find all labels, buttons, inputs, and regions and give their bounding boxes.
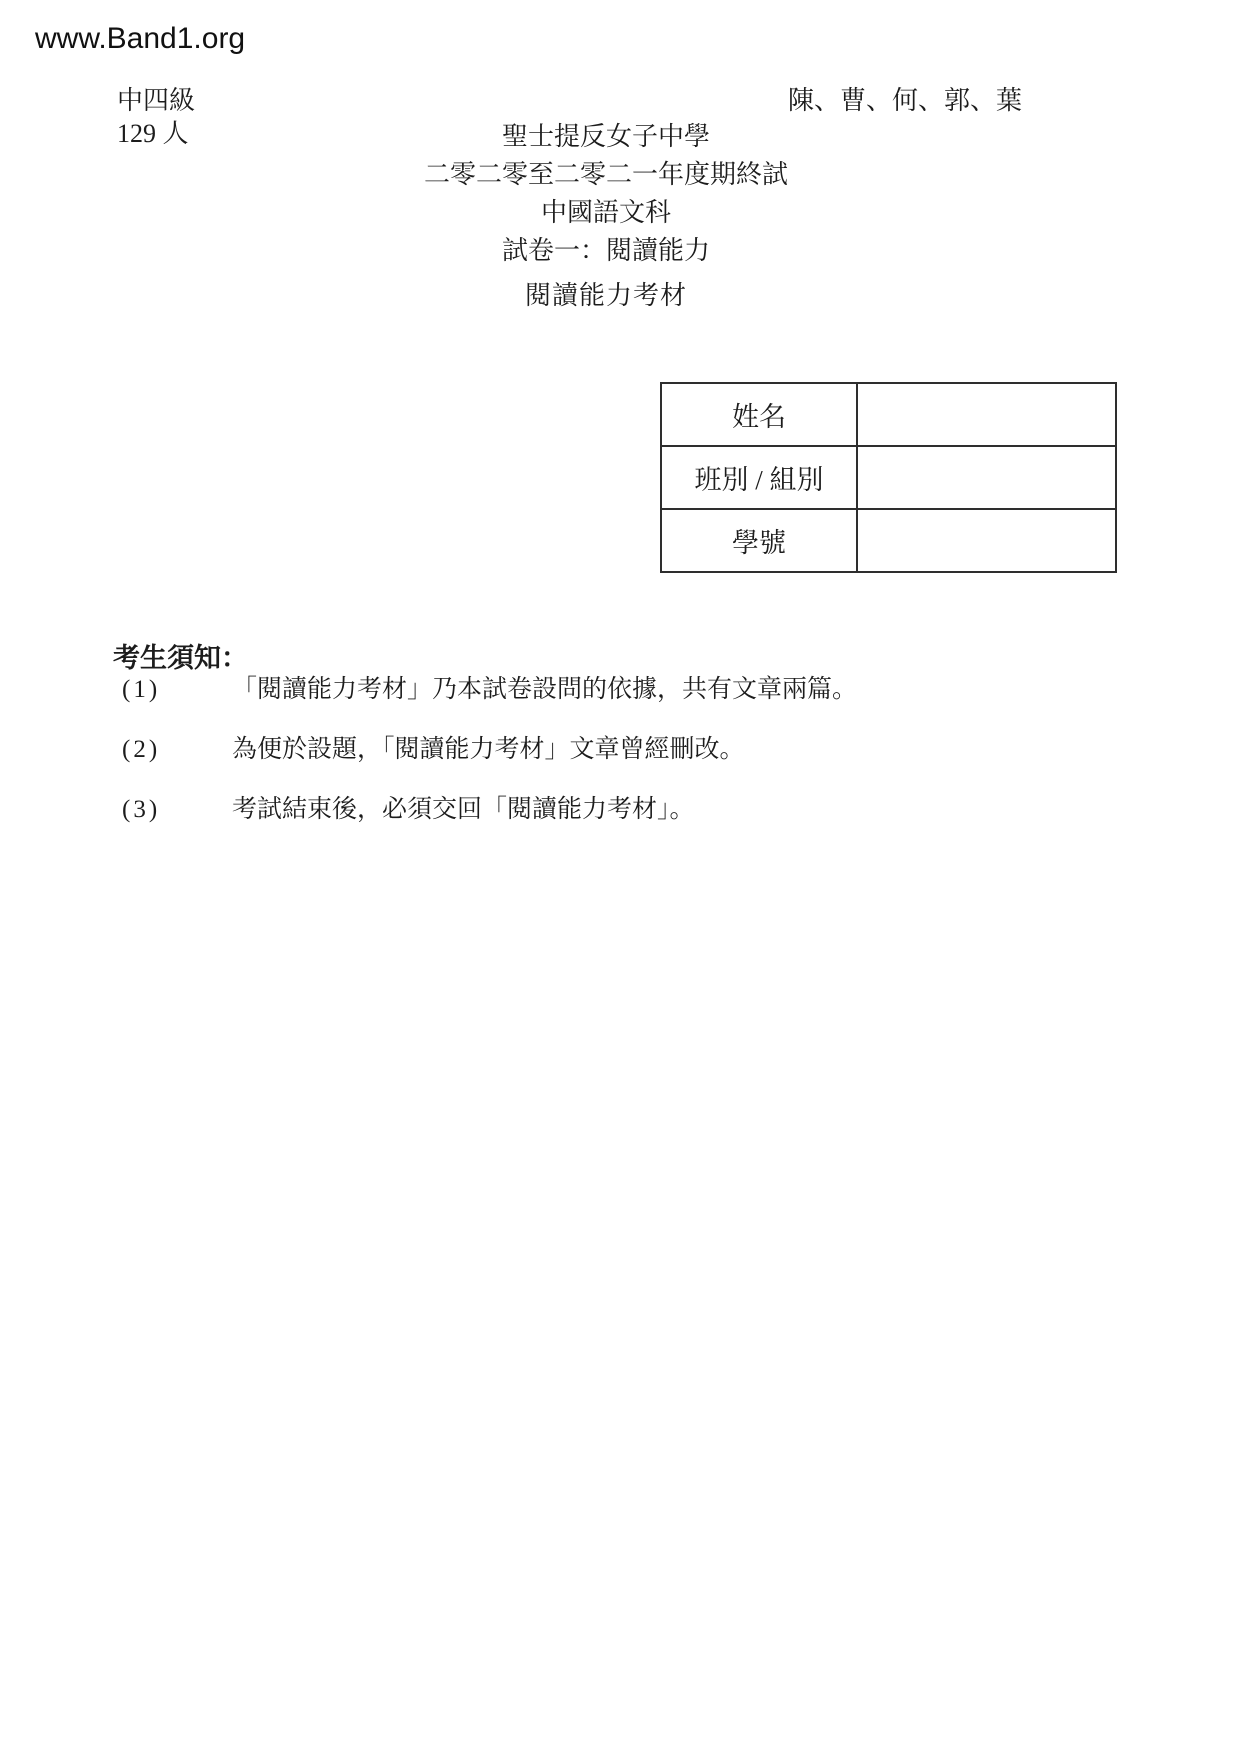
note-item-2: (2)為便於設題，「閱讀能力考材」文章曾經刪改。 [122, 733, 745, 767]
note-number-3: (3) [122, 793, 232, 827]
note-number-2: (2) [122, 733, 232, 767]
note-number-1: (1) [122, 673, 232, 707]
exam-year-title: 二零二零至二零二一年度期終試 [0, 156, 1212, 194]
note-item-1: (1)「閱讀能力考材」乃本試卷設問的依據，共有文章兩篇。 [122, 673, 857, 707]
name-value-cell [857, 383, 1116, 446]
watermark-url: www.Band1.org [35, 22, 245, 56]
paper-title: 試卷一：閱讀能力 [0, 232, 1212, 270]
table-row-class-group: 班別 / 組別 [661, 446, 1116, 509]
setter-names: 陳、曹、何、郭、葉 [788, 84, 1022, 117]
note-item-3: (3)考試結束後，必須交回「閱讀能力考材」。 [122, 793, 695, 827]
student-number-label: 學號 [661, 509, 857, 572]
class-group-value-cell [857, 446, 1116, 509]
note-text-1: 「閱讀能力考材」乃本試卷設問的依據，共有文章兩篇。 [232, 676, 857, 703]
title-block: 聖士提反女子中學 二零二零至二零二一年度期終試 中國語文科 試卷一：閱讀能力 [0, 118, 1212, 270]
student-number-value-cell [857, 509, 1116, 572]
exam-cover-page: www.Band1.org 中四級 129 人 陳、曹、何、郭、葉 聖士提反女子… [0, 0, 1240, 1754]
class-level: 中四級 [117, 84, 195, 117]
table-row-student-number: 學號 [661, 509, 1116, 572]
subject-name: 中國語文科 [0, 194, 1212, 232]
class-group-label: 班別 / 組別 [661, 446, 857, 509]
candidate-notes-heading: 考生須知： [113, 636, 248, 675]
student-info-table: 姓名 班別 / 組別 學號 [660, 382, 1117, 573]
booklet-title: 閱讀能力考材 [0, 277, 1212, 315]
school-name: 聖士提反女子中學 [0, 118, 1212, 156]
name-label: 姓名 [661, 383, 857, 446]
note-text-2: 為便於設題，「閱讀能力考材」文章曾經刪改。 [232, 736, 745, 763]
note-text-3: 考試結束後，必須交回「閱讀能力考材」。 [232, 796, 695, 823]
table-row-name: 姓名 [661, 383, 1116, 446]
